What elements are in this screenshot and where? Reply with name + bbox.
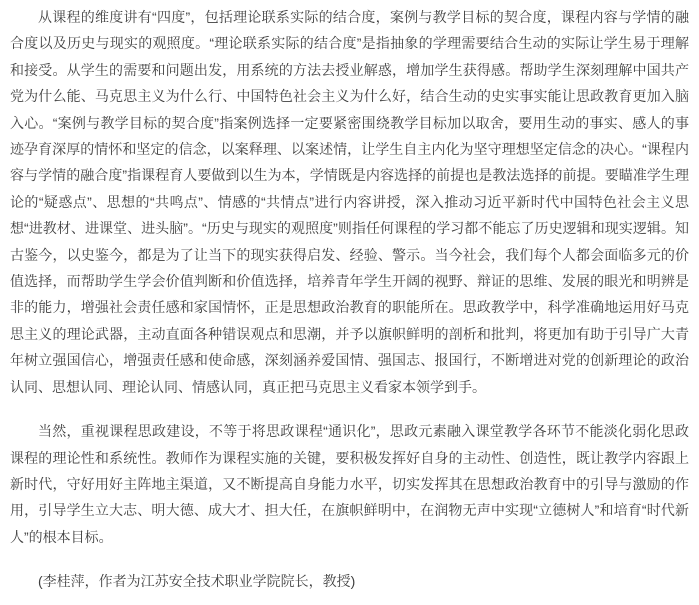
article-byline: (李桂萍，作者为江苏安全技术职业学院院长，教授) (10, 568, 689, 594)
article-paragraph-2: 当然，重视课程思政建设，不等于将思政课程“通识化”，思政元素融入课堂教学各环节不… (10, 418, 689, 550)
article-body: 从课程的维度讲有“四度”，包括理论联系实际的结合度，案例与教学目标的契合度，课程… (0, 0, 699, 595)
article-paragraph-1: 从课程的维度讲有“四度”，包括理论联系实际的结合度，案例与教学目标的契合度，课程… (10, 4, 689, 400)
